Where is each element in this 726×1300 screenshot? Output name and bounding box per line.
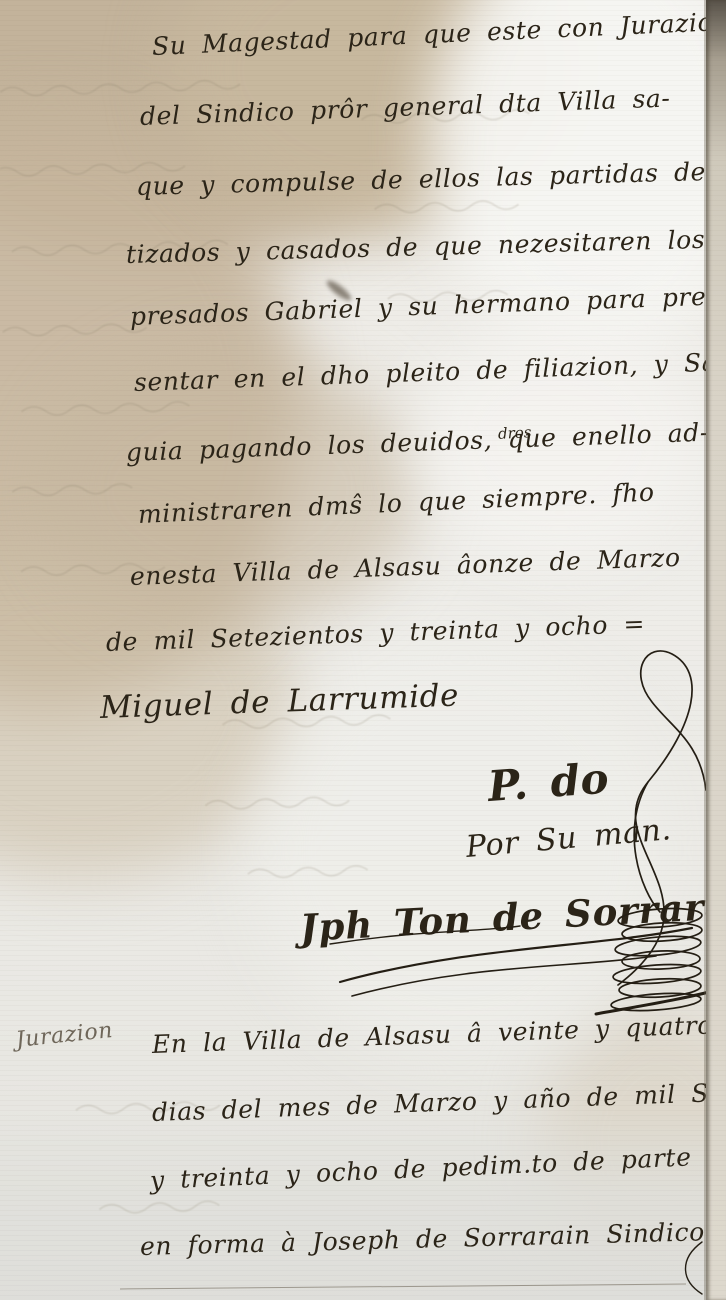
margin-note-jurazion: Jurazion	[15, 1018, 115, 1053]
manuscript-line-6: sentar en el dho pleito de filiazion, y …	[133, 347, 726, 397]
manuscript-line-5: presados Gabriel y su hermano para pre-	[129, 282, 715, 331]
manuscript-line-7: guia pagando los deuidos, que enello ad-	[125, 418, 709, 467]
entry-line-3: y treinta y ocho de pedim.to de parte di…	[149, 1139, 726, 1195]
superscript-abbreviation: dros	[498, 423, 532, 443]
manuscript-line-4: tizados y casados de que nezesitaren los…	[126, 223, 726, 269]
closing-abbreviation-pdo: P. do	[486, 754, 610, 811]
manuscript-line-2: del Sindico prôr general dta Villa sa-	[139, 83, 670, 131]
manuscript-line-3: que y compulse de ellos las partidas de …	[136, 155, 726, 201]
signature-escribano: Jph Ton de Sorrarain	[299, 881, 726, 950]
paper-shade-band	[0, 1110, 726, 1300]
closing-por-su-mandado: Por Su man.	[464, 812, 672, 865]
bottom-rule-line	[120, 1284, 686, 1290]
manuscript-line-9: enesta Villa de Alsasu âonze de Marzo	[129, 543, 681, 591]
signature-miguel-de-larrumide: Miguel de Larrumide	[99, 677, 459, 726]
page-edge	[706, 0, 726, 1300]
manuscript-line-10: de mil Setezientos y treinta y ocho =	[105, 609, 645, 657]
manuscript-page: Su Magestad para que este con Jurazion d…	[0, 0, 726, 1300]
manuscript-line-8: ministraren dmŝ lo que siempre. fho	[137, 477, 655, 529]
entry-line-2: dias del mes de Marzo y año de mil Setez…	[151, 1076, 726, 1127]
entry-line-4: en forma à Joseph de Sorrarain Sindico	[140, 1217, 706, 1261]
manuscript-line-1: Su Magestad para que este con Jurazion	[151, 7, 726, 61]
entry-line-1: En la Villa de Alsasu â veinte y quatro	[151, 1010, 713, 1059]
